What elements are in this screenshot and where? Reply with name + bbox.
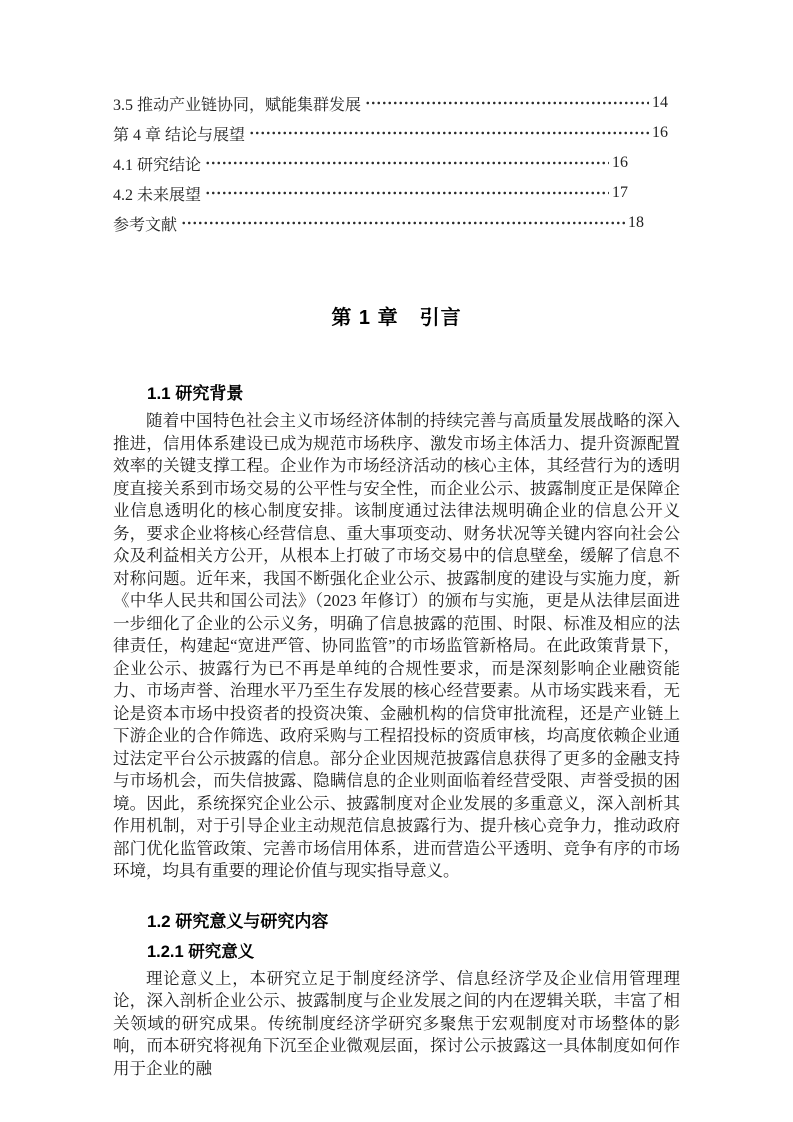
page-content: 3.5 推动产业链协同，赋能集群发展 14 第 4 章 结论与展望 16 4.1…: [113, 0, 680, 1080]
toc-entry-label: 参考文献: [113, 212, 177, 235]
toc-page-number: 16: [652, 124, 668, 142]
toc-entry-label: 4.1 研究结论: [113, 152, 201, 175]
toc-entry: 3.5 推动产业链协同，赋能集群发展 14: [113, 88, 680, 118]
section-heading-1-2: 1.2 研究意义与研究内容: [113, 910, 680, 934]
toc-page-number: 16: [612, 154, 628, 172]
toc-entry: 4.2 未来展望 17: [113, 178, 680, 208]
toc-page-number: 17: [612, 184, 628, 202]
toc-page-number: 14: [652, 94, 668, 112]
toc-entry-label: 第 4 章 结论与展望: [113, 122, 245, 145]
table-of-contents: 3.5 推动产业链协同，赋能集群发展 14 第 4 章 结论与展望 16 4.1…: [113, 0, 680, 238]
toc-dot-leader: [181, 215, 625, 231]
paragraph-research-significance: 理论意义上，本研究立足于制度经济学、信息经济学及企业信用管理理论，深入剖析企业公…: [113, 968, 680, 1081]
toc-dot-leader: [205, 155, 609, 171]
section-heading-1-1: 1.1 研究背景: [113, 382, 680, 406]
toc-dot-leader: [365, 95, 649, 111]
toc-entry: 第 4 章 结论与展望 16: [113, 118, 680, 148]
toc-entry: 参考文献 18: [113, 208, 680, 238]
section-heading-1-2-1: 1.2.1 研究意义: [113, 940, 680, 964]
toc-entry: 4.1 研究结论 16: [113, 148, 680, 178]
paragraph-research-background: 随着中国特色社会主义市场经济体制的持续完善与高质量发展战略的深入推进，信用体系建…: [113, 410, 680, 883]
toc-entry-label: 3.5 推动产业链协同，赋能集群发展: [113, 92, 361, 115]
thesis-page: 3.5 推动产业链协同，赋能集群发展 14 第 4 章 结论与展望 16 4.1…: [0, 0, 793, 1122]
toc-entry-label: 4.2 未来展望: [113, 182, 201, 205]
toc-page-number: 18: [628, 214, 644, 232]
toc-dot-leader: [249, 125, 649, 141]
chapter-title: 第 1 章 引言: [113, 304, 680, 332]
toc-dot-leader: [205, 185, 609, 201]
